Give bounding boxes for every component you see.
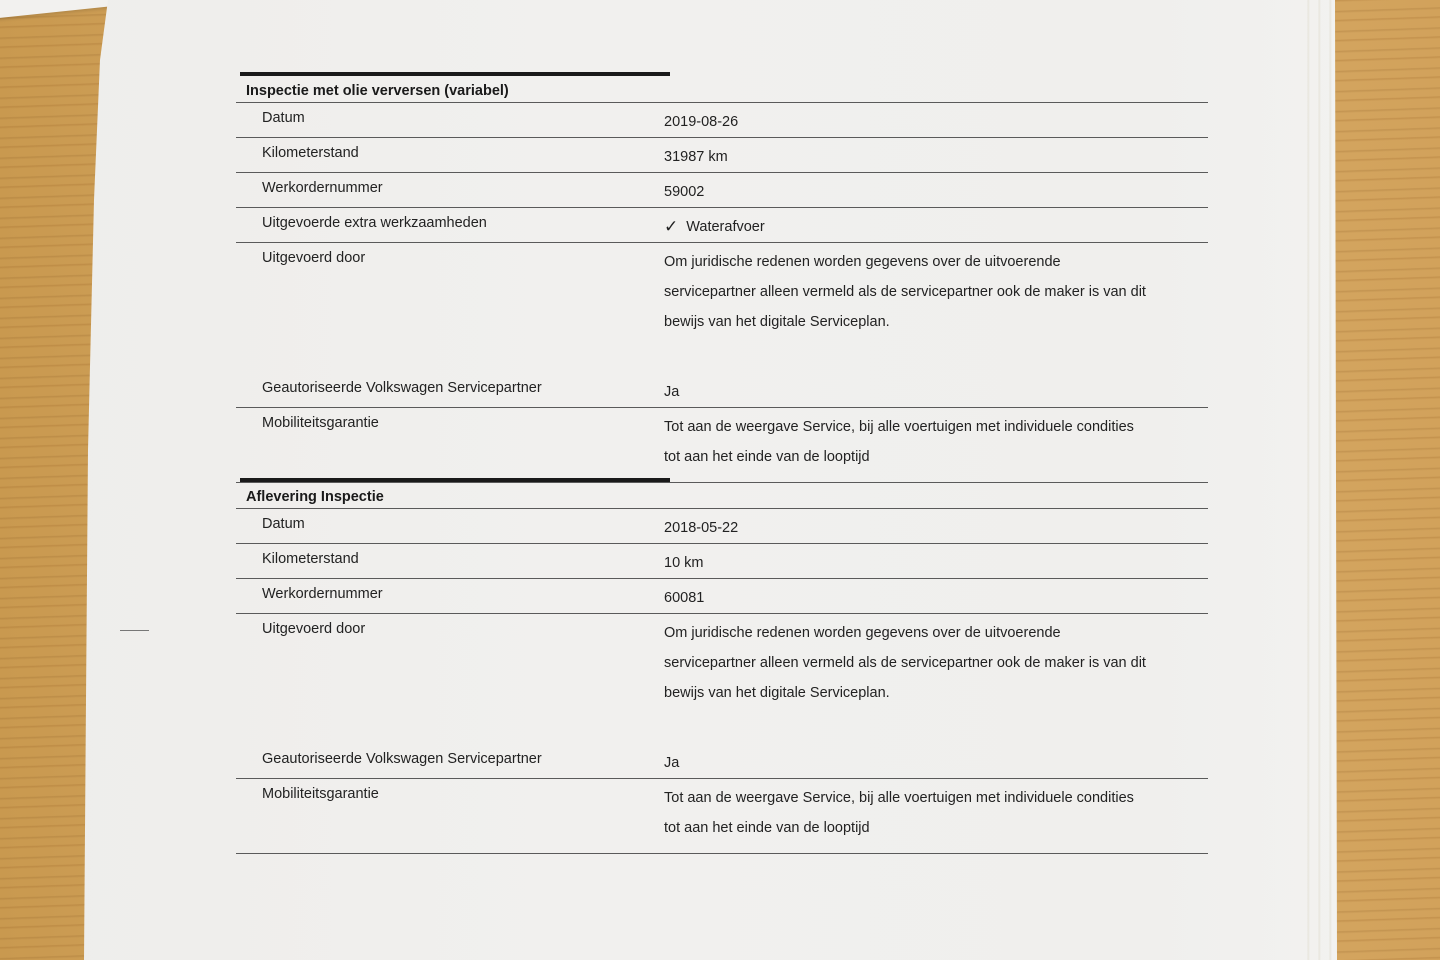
row-label: Datum <box>236 103 664 137</box>
checkmark-icon: ✓ <box>664 212 678 242</box>
row-label: Mobiliteitsgarantie <box>236 408 664 482</box>
paper-edge-stack <box>1299 0 1335 960</box>
row-value: Om juridische redenen worden gegevens ov… <box>664 614 1208 718</box>
row-label: Geautoriseerde Volkswagen Servicepartner <box>236 744 664 778</box>
value-line: Tot aan de weergave Service, bij alle vo… <box>664 783 1208 813</box>
row-label: Datum <box>236 509 664 543</box>
row-label: Uitgevoerde extra werkzaamheden <box>236 208 664 242</box>
row-value: Tot aan de weergave Service, bij alle vo… <box>664 408 1208 482</box>
value-line: servicepartner alleen vermeld als de ser… <box>664 648 1208 678</box>
row-value: 10 km <box>664 544 1208 578</box>
row-value: ✓ Waterafvoer <box>664 208 1208 242</box>
row-label: Kilometerstand <box>236 138 664 172</box>
section-aflevering-inspectie: Aflevering Inspectie Datum 2018-05-22 Ki… <box>236 478 1208 854</box>
row-label: Geautoriseerde Volkswagen Servicepartner <box>236 373 664 407</box>
row-value: 2018-05-22 <box>664 509 1208 543</box>
row-datum: Datum 2018-05-22 <box>236 508 1208 543</box>
value-line: tot aan het einde van de looptijd <box>664 813 1208 843</box>
row-label: Uitgevoerd door <box>236 243 664 347</box>
row-geautoriseerd: Geautoriseerde Volkswagen Servicepartner… <box>236 744 1208 778</box>
row-mobiliteitsgarantie: Mobiliteitsgarantie Tot aan de weergave … <box>236 778 1208 854</box>
row-value: Tot aan de weergave Service, bij alle vo… <box>664 779 1208 853</box>
row-value: Ja <box>664 744 1208 778</box>
row-kilometerstand: Kilometerstand 31987 km <box>236 137 1208 172</box>
row-uitgevoerd-door: Uitgevoerd door Om juridische redenen wo… <box>236 242 1208 373</box>
row-uitgevoerd-door: Uitgevoerd door Om juridische redenen wo… <box>236 613 1208 744</box>
margin-tick-mark <box>120 630 149 631</box>
value-line: Om juridische redenen worden gegevens ov… <box>664 247 1208 277</box>
row-value: 59002 <box>664 173 1208 207</box>
row-value: Ja <box>664 373 1208 407</box>
background-sheet <box>0 0 110 20</box>
row-extra-werkzaamheden: Uitgevoerde extra werkzaamheden ✓ Watera… <box>236 207 1208 242</box>
row-label: Uitgevoerd door <box>236 614 664 718</box>
row-werkordernummer: Werkordernummer 59002 <box>236 172 1208 207</box>
row-value: 31987 km <box>664 138 1208 172</box>
value-line: Om juridische redenen worden gegevens ov… <box>664 618 1208 648</box>
row-datum: Datum 2019-08-26 <box>236 102 1208 137</box>
row-label: Werkordernummer <box>236 173 664 207</box>
section-oil-change-inspection: Inspectie met olie verversen (variabel) … <box>236 72 1208 483</box>
section-title: Aflevering Inspectie <box>236 482 1208 508</box>
value-line: servicepartner alleen vermeld als de ser… <box>664 277 1208 307</box>
row-mobiliteitsgarantie: Mobiliteitsgarantie Tot aan de weergave … <box>236 407 1208 483</box>
row-label: Kilometerstand <box>236 544 664 578</box>
value-line: bewijs van het digitale Serviceplan. <box>664 678 1208 708</box>
row-werkordernummer: Werkordernummer 60081 <box>236 578 1208 613</box>
row-value: 60081 <box>664 579 1208 613</box>
row-geautoriseerd: Geautoriseerde Volkswagen Servicepartner… <box>236 373 1208 407</box>
row-label: Mobiliteitsgarantie <box>236 779 664 853</box>
row-value: Om juridische redenen worden gegevens ov… <box>664 243 1208 347</box>
row-kilometerstand: Kilometerstand 10 km <box>236 543 1208 578</box>
value-line: tot aan het einde van de looptijd <box>664 442 1208 472</box>
value-line: Tot aan de weergave Service, bij alle vo… <box>664 412 1208 442</box>
section-title: Inspectie met olie verversen (variabel) <box>236 76 1208 102</box>
value-line: bewijs van het digitale Serviceplan. <box>664 307 1208 337</box>
row-value: 2019-08-26 <box>664 103 1208 137</box>
row-value-text: Waterafvoer <box>686 212 764 242</box>
row-label: Werkordernummer <box>236 579 664 613</box>
